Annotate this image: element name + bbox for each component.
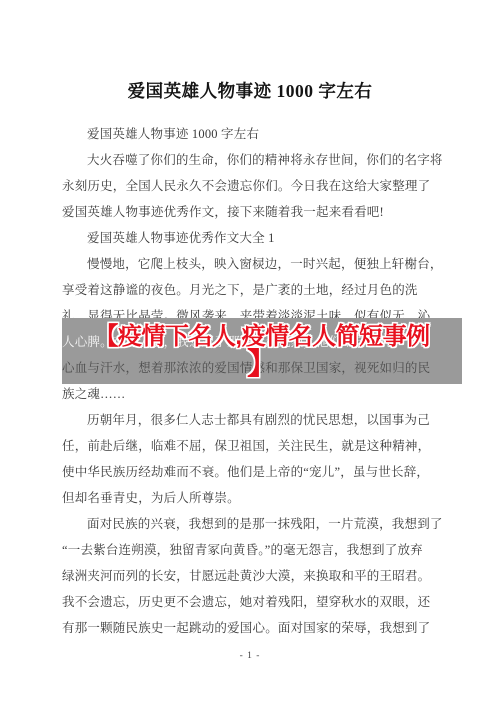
banner-text-line2: 】 bbox=[62, 348, 462, 382]
doc-subtitle: 爱国英雄人物事迹 1000 字左右 bbox=[62, 121, 454, 147]
watermark-banner: 人心脾。夜深人静，我想起了那些革命先烈，他们用自己的 心血与汗水，想着那浓浓的爱… bbox=[62, 318, 462, 384]
page-number: - 1 - bbox=[0, 651, 500, 661]
document-page: 爱国英雄人物事迹 1000 字左右 爱国英雄人物事迹 1000 字左右 大火吞噬… bbox=[0, 0, 500, 706]
paragraph-wangzhaojun: 面对民族的兴衰，我想到的是那一抹残阳，一片荒漠，我想到了 “一去紫台连朔漠，独留… bbox=[62, 511, 454, 641]
page-title: 爱国英雄人物事迹 1000 字左右 bbox=[0, 78, 500, 103]
paragraph-history: 历朝年月，很多仁人志士都具有剧烈的忧民思想，以国事为己 任，前赴后继，临难不屈，… bbox=[62, 407, 454, 511]
doc-section-heading: 爱国英雄人物事迹优秀作文大全 1 bbox=[62, 225, 454, 251]
paragraph-intro: 大火吞噬了你们的生命，你们的精神将永存世间，你们的名字将 永刻历史，全国人民永久… bbox=[62, 147, 454, 225]
